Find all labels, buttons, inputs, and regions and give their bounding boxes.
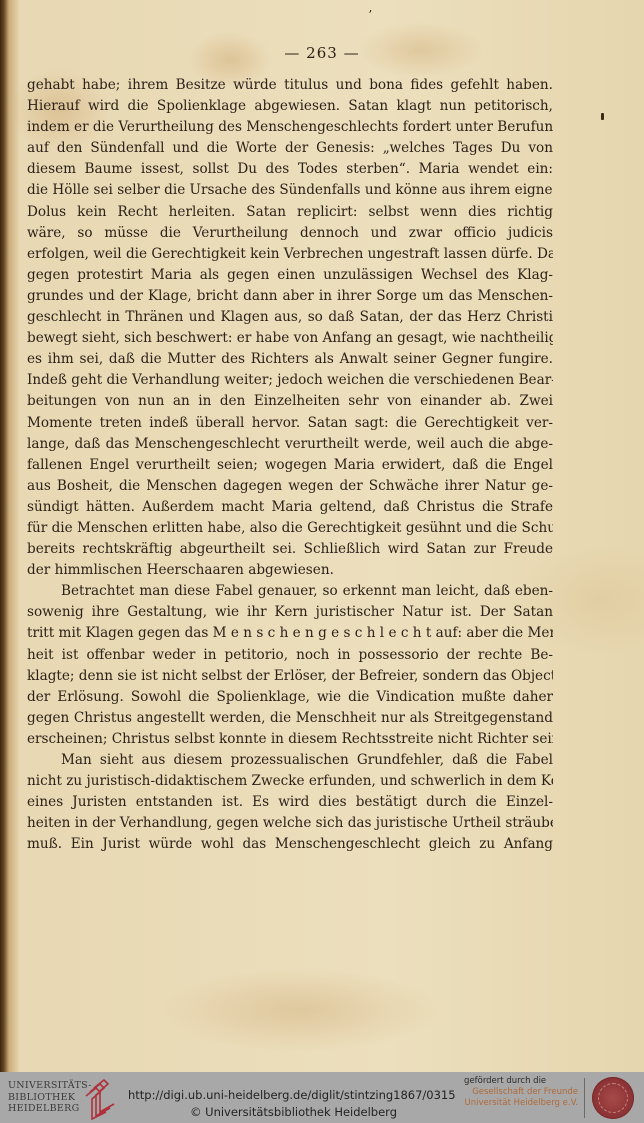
text-line: Momente treten indeß überall hervor. Sat… bbox=[27, 413, 553, 434]
text-line: bereits rechtskräftig abgeurtheilt sei. … bbox=[27, 539, 553, 560]
text-line: der Erlösung. Sowohl die Spolienklage, w… bbox=[27, 687, 553, 708]
text-line: erscheinen; Christus selbst konnte in di… bbox=[27, 729, 553, 750]
text-line: Hierauf wird die Spolienklage abgewiesen… bbox=[27, 96, 553, 117]
text-line: Dolus kein Recht herleiten. Satan replic… bbox=[27, 202, 553, 223]
library-name-line: BIBLIOTHEK bbox=[8, 1092, 92, 1104]
text-line: diesem Baume issest, sollst Du des Todes… bbox=[27, 159, 553, 180]
text-line: nicht zu juristisch-didaktischem Zwecke … bbox=[27, 771, 553, 792]
text-line: lange, daß das Menschengeschlecht verurt… bbox=[27, 434, 553, 455]
sponsor-name-2: Universität Heidelberg e.V. bbox=[460, 1098, 578, 1109]
text-line: gehabt habe; ihrem Besitze würde titulus… bbox=[27, 75, 553, 96]
scanned-book-page: ʼ — 263 — gehabt habe; ihrem Besitze wür… bbox=[0, 0, 644, 1072]
permalink-url[interactable]: http://digi.ub.uni-heidelberg.de/diglit/… bbox=[128, 1088, 456, 1102]
text-line: auf den Sündenfall und die Worte der Gen… bbox=[27, 138, 553, 159]
library-name-line: UNIVERSITÄTS- bbox=[8, 1080, 92, 1092]
text-line: die Hölle sei selber die Ursache des Sün… bbox=[27, 180, 553, 201]
text-line: sowenig ihre Gestaltung, wie ihr Kern ju… bbox=[27, 602, 553, 623]
library-logo-icon bbox=[84, 1076, 118, 1120]
text-line: Indeß geht die Verhandlung weiter; jedoc… bbox=[27, 370, 553, 391]
library-name: UNIVERSITÄTS- BIBLIOTHEK HEIDELBERG bbox=[8, 1080, 92, 1115]
text-line: muß. Ein Jurist würde wohl das Menscheng… bbox=[27, 834, 553, 855]
text-line: gegen Christus angestellt werden, die Me… bbox=[27, 708, 553, 729]
library-name-line: HEIDELBERG bbox=[8, 1103, 92, 1115]
ink-speck bbox=[601, 113, 604, 120]
sponsor-name: Gesellschaft der Freunde bbox=[460, 1087, 578, 1098]
sponsor-intro: gefördert durch die bbox=[460, 1076, 578, 1087]
body-text: gehabt habe; ihrem Besitze würde titulus… bbox=[27, 75, 553, 855]
text-line: sündigt hätten. Außerdem macht Maria gel… bbox=[27, 497, 553, 518]
sponsor-credit: gefördert durch die Gesellschaft der Fre… bbox=[460, 1076, 578, 1109]
text-line: für die Menschen erlitten habe, also die… bbox=[27, 518, 553, 539]
text-line: bewegt sieht, sich beschwert: er habe vo… bbox=[27, 328, 553, 349]
text-line: eines Juristen entstanden ist. Es wird d… bbox=[27, 792, 553, 813]
copyright-notice: © Universitätsbibliothek Heidelberg bbox=[190, 1105, 397, 1119]
paragraph-start-line: Betrachtet man diese Fabel genauer, so e… bbox=[27, 581, 553, 602]
text-line: heiten in der Verhandlung, gegen welche … bbox=[27, 813, 553, 834]
text-line: heit ist offenbar weder in petitorio, no… bbox=[27, 645, 553, 666]
text-line: fallenen Engel verurtheilt seien; wogege… bbox=[27, 455, 553, 476]
text-line: beitungen von nun an in den Einzelheiten… bbox=[27, 391, 553, 412]
text-line: gegen protestirt Maria als gegen einen u… bbox=[27, 265, 553, 286]
library-footer-bar: UNIVERSITÄTS- BIBLIOTHEK HEIDELBERG http… bbox=[0, 1072, 644, 1123]
text-line: geschlecht in Thränen und Klagen aus, so… bbox=[27, 307, 553, 328]
university-seal-icon bbox=[592, 1077, 634, 1119]
text-line: wäre, so müsse die Verurtheilung dennoch… bbox=[27, 223, 553, 244]
text-line: tritt mit Klagen gegen das M e n s c h e… bbox=[27, 623, 553, 644]
text-line: es ihm sei, daß die Mutter des Richters … bbox=[27, 349, 553, 370]
text-line: grundes und der Klage, bricht dann aber … bbox=[27, 286, 553, 307]
text-line: erfolgen, weil die Gerechtigkeit kein Ve… bbox=[27, 244, 553, 265]
page-number: — 263 — bbox=[0, 44, 644, 62]
text-line: der himmlischen Heerschaaren abgewiesen. bbox=[27, 560, 553, 581]
ink-mark: ʼ bbox=[368, 8, 372, 22]
paragraph-start-line: Man sieht aus diesem prozessualischen Gr… bbox=[27, 750, 553, 771]
text-line: indem er die Verurtheilung des Menscheng… bbox=[27, 117, 553, 138]
text-line: aus Bosheit, die Menschen dagegen wegen … bbox=[27, 476, 553, 497]
text-line: klagte; denn sie ist nicht selbst der Er… bbox=[27, 666, 553, 687]
footer-divider bbox=[584, 1078, 585, 1118]
